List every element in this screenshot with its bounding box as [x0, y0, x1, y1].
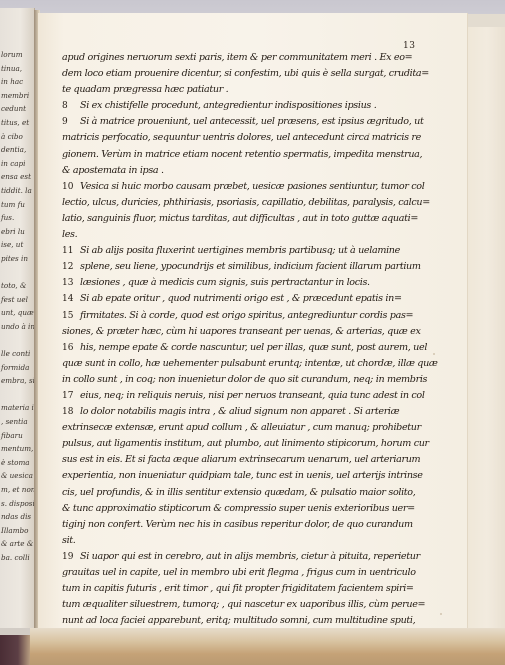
line-text: firmitates. Si à corde, quod est origo s… — [80, 310, 413, 321]
line-text: siones, & præter hæc, cùm hi uapores tra… — [62, 326, 421, 337]
text-line: in collo sunt , in coq; non inuenietur d… — [62, 372, 418, 388]
facing-page-fragment: ebri lu — [1, 225, 35, 239]
facing-page-fragment: toto, & — [1, 279, 35, 293]
line-text: in collo sunt , in coq; non inuenietur d… — [62, 374, 427, 385]
marginal-paragraph-number: 19 — [62, 549, 80, 565]
facing-page-left: lorumtinua,in hacmembricedunttitus, età … — [0, 8, 35, 628]
text-line: sus est in eis. Et si facta æque aliarum… — [62, 452, 418, 468]
line-text: lectio, ulcus, duricies, phthiriasis, ps… — [62, 197, 430, 208]
facing-page-fragment: fest uel — [1, 293, 35, 307]
text-line: grauitas uel in capite, uel in membro ub… — [62, 565, 418, 581]
book-cover-corner — [0, 635, 30, 665]
facing-page-fragment: tiddit. la — [1, 184, 35, 198]
facing-page-fragment: embra, si — [1, 374, 35, 388]
facing-page-fragment: lle conti — [1, 347, 35, 361]
facing-page-fragment: cedunt — [1, 102, 35, 116]
line-text: quæ sunt in collo, hæ uehementer pulsabu… — [62, 358, 438, 369]
text-line: te quadam prægressa hæc patiatur . — [62, 82, 418, 98]
text-line: tum in capitis futuris , erit timor , qu… — [62, 581, 418, 597]
line-text: sus est in eis. Et si facta æque aliarum… — [62, 454, 420, 465]
line-text: læsiones , quæ à medicis cum signis, sui… — [80, 277, 370, 288]
text-line: les. — [62, 227, 418, 243]
line-text: cis, uel profundis, & in illis sentitur … — [62, 487, 415, 498]
facing-page-fragment: m, et non — [1, 483, 35, 497]
marginal-paragraph-number: 15 — [62, 308, 80, 324]
line-text: eius, neq; in reliquis neruis, nisi per … — [80, 390, 425, 401]
marginal-paragraph-number: 10 — [62, 179, 80, 195]
text-line: gionem. Verùm in matrice etiam nocent re… — [62, 147, 418, 163]
facing-page-fragment: pites in — [1, 252, 35, 266]
line-text: experientia, non inueniatur quidpiam tal… — [62, 470, 423, 481]
text-line: dem loco etiam prouenire dicentur, si co… — [62, 66, 418, 82]
line-text: dem loco etiam prouenire dicentur, si co… — [62, 68, 429, 79]
facing-page-fragment — [1, 266, 35, 280]
facing-page-fragment: mentum, — [1, 442, 35, 456]
line-text: & apostemata in ipsa . — [62, 165, 164, 176]
facing-page-fragment: ba. colli — [1, 551, 35, 565]
text-line: sit. — [62, 533, 418, 549]
facing-page-fragment: formida — [1, 361, 35, 375]
text-line: experientia, non inueniatur quidpiam tal… — [62, 468, 418, 484]
facing-page-fragment: & arte & — [1, 537, 35, 551]
facing-page-fragment: titus, et — [1, 116, 35, 130]
text-line: nunt ad loca faciei apparebunt, eritq; m… — [62, 613, 418, 629]
facing-page-fragment: lorum — [1, 48, 35, 62]
line-text: Vesica si huic morbo causam præbet, uesi… — [80, 181, 424, 192]
line-text: pulsus, aut ligamentis institum, aut plu… — [62, 438, 429, 449]
facing-page-fragment: in hac — [1, 75, 35, 89]
text-line: tiginj non confert. Verùm nec his in cas… — [62, 517, 418, 533]
marginal-paragraph-number: 17 — [62, 388, 80, 404]
marginal-paragraph-number: 13 — [62, 275, 80, 291]
page-stack-top — [467, 14, 505, 28]
marginal-paragraph-number: 9 — [62, 114, 80, 130]
text-line: pulsus, aut ligamentis institum, aut plu… — [62, 436, 418, 452]
line-text: tum in capitis futuris , erit timor , qu… — [62, 583, 414, 594]
line-text: splene, seu liene, ypocundrijs et simili… — [80, 261, 421, 272]
facing-page-fragment: tum fu — [1, 198, 35, 212]
facing-page-fragment: & uesica — [1, 469, 35, 483]
facing-page-fragment: undo à in — [1, 320, 35, 334]
water-stain-bottom — [30, 628, 505, 665]
facing-page-fragment: unt, quæ — [1, 306, 35, 320]
facing-page-fragment: ise, ut — [1, 238, 35, 252]
line-text: Si ex chistifelle procedunt, antegredien… — [80, 100, 376, 111]
line-text: Si ab epate oritur , quod nutrimenti ori… — [80, 293, 402, 304]
facing-page-fragment: Illambo — [1, 524, 35, 538]
line-text: matricis perfocatio, sequuntur uentris d… — [62, 132, 421, 143]
line-text: lo dolor notabilis magis intra , & aliud… — [80, 406, 399, 417]
text-line: tum æqualiter siluestrem, tumorq; , qui … — [62, 597, 418, 613]
marginal-paragraph-number: 18 — [62, 404, 80, 420]
text-line: latio, sanguinis fluor, mictus tarditas,… — [62, 211, 418, 227]
text-line: lectio, ulcus, duricies, phthiriasis, ps… — [62, 195, 418, 211]
page-body-text: apud origines neruorum sexti paris, item… — [62, 50, 418, 662]
line-text: grauitas uel in capite, uel in membro ub… — [62, 567, 416, 578]
text-line: 17eius, neq; in reliquis neruis, nisi pe… — [62, 388, 418, 404]
line-text: his, nempe epate & corde nascuntur, uel … — [80, 342, 427, 353]
text-line: extrinsecæ extensæ, erunt apud collum , … — [62, 420, 418, 436]
line-text: nunt ad loca faciei apparebunt, eritq; m… — [62, 615, 415, 626]
marginal-paragraph-number: 11 — [62, 243, 80, 259]
text-line: 12splene, seu liene, ypocundrijs et simi… — [62, 259, 418, 275]
text-line: 13læsiones , quæ à medicis cum signis, s… — [62, 275, 418, 291]
foxing-spot — [433, 353, 435, 355]
line-text: & tunc approximatio stipticorum & compre… — [62, 503, 415, 514]
text-line: 16his, nempe epate & corde nascuntur, ue… — [62, 340, 418, 356]
facing-page-fragment — [1, 333, 35, 347]
line-text: tiginj non confert. Verùm nec his in cas… — [62, 519, 413, 530]
text-line: 9Si à matrice proueniunt, uel antecessit… — [62, 114, 418, 130]
line-text: Si uapor qui est in cerebro, aut in alij… — [80, 551, 420, 562]
facing-page-fragment: fus. — [1, 211, 35, 225]
facing-page-fragment: tinua, — [1, 62, 35, 76]
marginal-paragraph-number: 16 — [62, 340, 80, 356]
text-line: siones, & præter hæc, cùm hi uapores tra… — [62, 324, 418, 340]
facing-page-fragment: ensa est — [1, 170, 35, 184]
facing-page-fragment: ndas dis — [1, 510, 35, 524]
line-text: sit. — [62, 535, 76, 546]
page-stack-edge — [467, 27, 505, 635]
marginal-paragraph-number: 12 — [62, 259, 80, 275]
text-line: 18lo dolor notabilis magis intra , & ali… — [62, 404, 418, 420]
facing-page-fragment: in capi — [1, 157, 35, 171]
text-line: quæ sunt in collo, hæ uehementer pulsabu… — [62, 356, 418, 372]
facing-page-fragment: fibaru — [1, 429, 35, 443]
text-line: 15firmitates. Si à corde, quod est origo… — [62, 308, 418, 324]
line-text: les. — [62, 229, 77, 240]
marginal-paragraph-number: 8 — [62, 98, 80, 114]
facing-page-fragment — [1, 388, 35, 402]
text-line: 14Si ab epate oritur , quod nutrimenti o… — [62, 291, 418, 307]
line-text: apud origines neruorum sexti paris, item… — [62, 52, 412, 63]
facing-page-fragment: , sentia — [1, 415, 35, 429]
facing-page-fragment: s. disposi — [1, 497, 35, 511]
marginal-paragraph-number: 14 — [62, 291, 80, 307]
text-line: cis, uel profundis, & in illis sentitur … — [62, 485, 418, 501]
line-text: tum æqualiter siluestrem, tumorq; , qui … — [62, 599, 425, 610]
foxing-spot — [440, 613, 442, 615]
text-line: apud origines neruorum sexti paris, item… — [62, 50, 418, 66]
line-text: extrinsecæ extensæ, erunt apud collum , … — [62, 422, 421, 433]
text-line: matricis perfocatio, sequuntur uentris d… — [62, 130, 418, 146]
text-line: 8Si ex chistifelle procedunt, antegredie… — [62, 98, 418, 114]
line-text: Si ab alijs posita fluxerint uertigines … — [80, 245, 400, 256]
text-line: 10Vesica si huic morbo causam præbet, ue… — [62, 179, 418, 195]
line-text: te quadam prægressa hæc patiatur . — [62, 84, 228, 95]
facing-page-text-fragments: lorumtinua,in hacmembricedunttitus, età … — [1, 48, 35, 565]
text-line: 19Si uapor qui est in cerebro, aut in al… — [62, 549, 418, 565]
facing-page-fragment: membri — [1, 89, 35, 103]
line-text: Si à matrice proueniunt, uel antecessit,… — [80, 116, 423, 127]
facing-page-fragment: materia in — [1, 401, 35, 415]
line-text: latio, sanguinis fluor, mictus tarditas,… — [62, 213, 418, 224]
facing-page-fragment: dentia, — [1, 143, 35, 157]
facing-page-fragment: à cibo — [1, 130, 35, 144]
text-line: & apostemata in ipsa . — [62, 163, 418, 179]
text-line: & tunc approximatio stipticorum & compre… — [62, 501, 418, 517]
line-text: gionem. Verùm in matrice etiam nocent re… — [62, 149, 422, 160]
text-line: 11Si ab alijs posita fluxerint uertigine… — [62, 243, 418, 259]
facing-page-fragment: è stoma — [1, 456, 35, 470]
